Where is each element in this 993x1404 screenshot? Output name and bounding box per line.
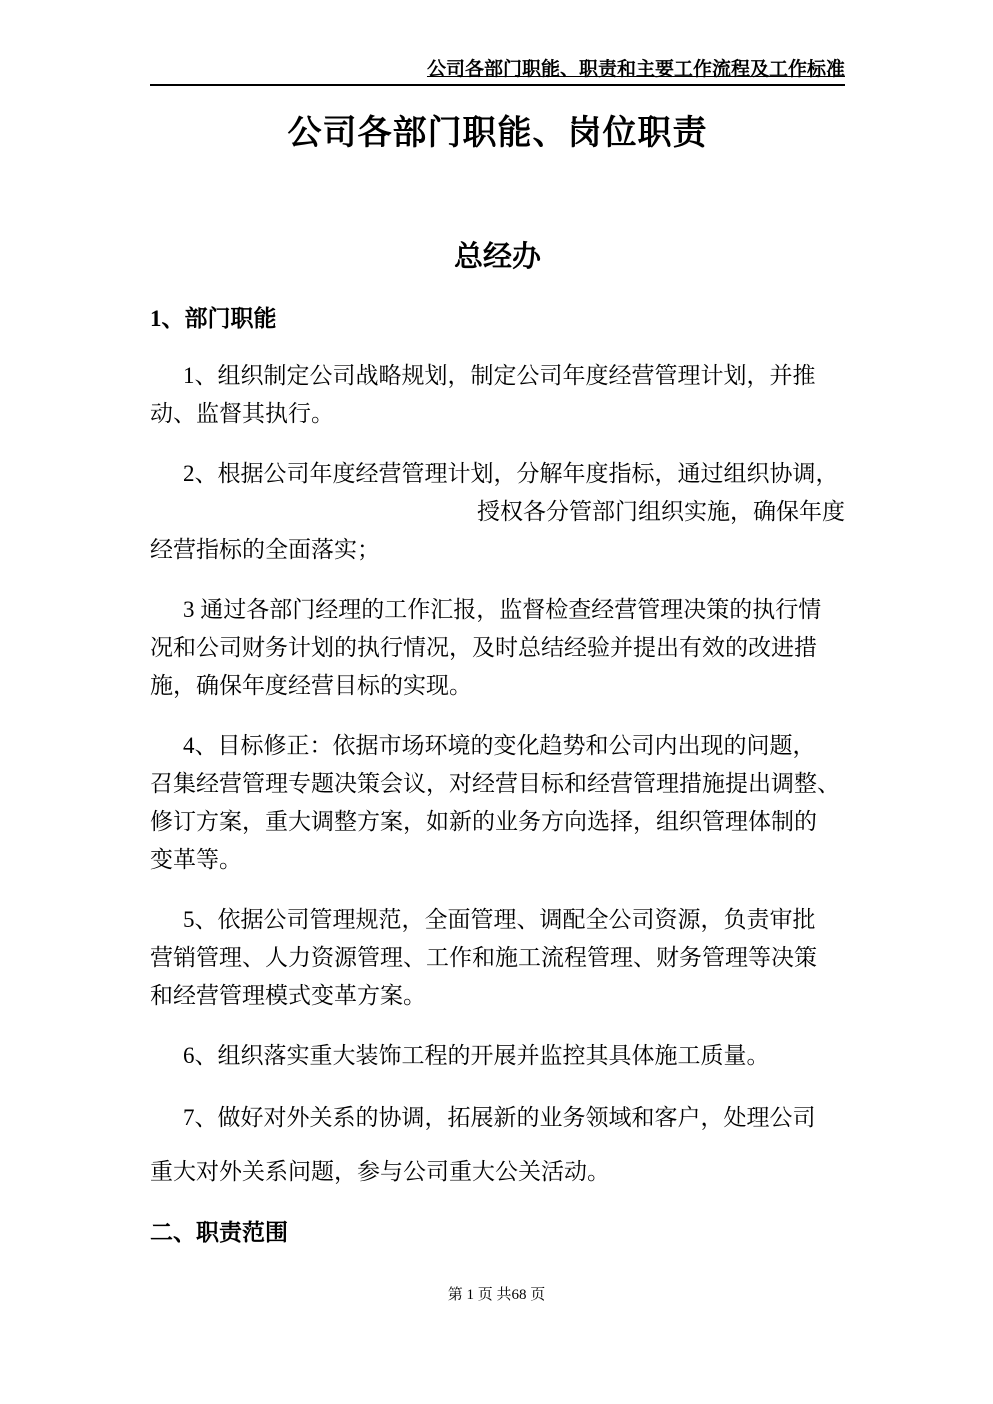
document-page: 公司各部门职能、职责和主要工作流程及工作标准 公司各部门职能、岗位职责 总经办 … bbox=[0, 0, 993, 1404]
paragraph-line: 施，确保年度经营目标的实现。 bbox=[150, 667, 845, 705]
paragraph-4: 4、目标修正：依据市场环境的变化趋势和公司内出现的问题， 召集经营管理专题决策会… bbox=[150, 727, 845, 879]
paragraph-line: 2、根据公司年度经营管理计划，分解年度指标，通过组织协调， bbox=[150, 455, 845, 493]
paragraph-line: 4、目标修正：依据市场环境的变化趋势和公司内出现的问题， bbox=[150, 727, 845, 765]
paragraph-line: 和经营管理模式变革方案。 bbox=[150, 977, 845, 1015]
paragraph-line: 动、监督其执行。 bbox=[150, 395, 845, 433]
paragraph-6: 6、组织落实重大装饰工程的开展并监控其具体施工质量。 bbox=[150, 1037, 845, 1075]
paragraph-line: 况和公司财务计划的执行情况，及时总结经验并提出有效的改进措 bbox=[150, 629, 845, 667]
page-content: 公司各部门职能、职责和主要工作流程及工作标准 公司各部门职能、岗位职责 总经办 … bbox=[0, 0, 993, 1247]
header-text: 公司各部门职能、职责和主要工作流程及工作标准 bbox=[427, 59, 845, 80]
page-number-footer: 第 1 页 共68 页 bbox=[0, 1286, 993, 1304]
paragraph-line: 7、做好对外关系的协调，拓展新的业务领域和客户，处理公司 bbox=[150, 1091, 845, 1145]
paragraph-line: 修订方案，重大调整方案，如新的业务方向选择，组织管理体制的 bbox=[150, 803, 845, 841]
paragraph-5: 5、依据公司管理规范，全面管理、调配全公司资源，负责审批 营销管理、人力资源管理… bbox=[150, 901, 845, 1015]
heading-department-functions: 1、部门职能 bbox=[150, 305, 845, 333]
page-header: 公司各部门职能、职责和主要工作流程及工作标准 bbox=[150, 0, 845, 86]
section-title-zongjingban: 总经办 bbox=[150, 242, 845, 273]
paragraph-line: 5、依据公司管理规范，全面管理、调配全公司资源，负责审批 bbox=[150, 901, 845, 939]
heading-responsibility-scope: 二、职责范围 bbox=[150, 1219, 845, 1247]
paragraph-2: 2、根据公司年度经营管理计划，分解年度指标，通过组织协调， 授权各分管部门组织实… bbox=[150, 455, 845, 569]
paragraph-line: 重大对外关系问题，参与公司重大公关活动。 bbox=[150, 1145, 845, 1199]
paragraph-line: 召集经营管理专题决策会议，对经营目标和经营管理措施提出调整、 bbox=[150, 765, 845, 803]
paragraph-line: 经营指标的全面落实； bbox=[150, 531, 845, 569]
document-title: 公司各部门职能、岗位职责 bbox=[150, 116, 845, 152]
paragraph-1: 1、组织制定公司战略规划，制定公司年度经营管理计划，并推 动、监督其执行。 bbox=[150, 357, 845, 433]
paragraph-line: 授权各分管部门组织实施，确保年度 bbox=[150, 493, 845, 531]
paragraph-line: 变革等。 bbox=[150, 841, 845, 879]
paragraph-3: 3 通过各部门经理的工作汇报，监督检查经营管理决策的执行情 况和公司财务计划的执… bbox=[150, 591, 845, 705]
paragraph-line: 3 通过各部门经理的工作汇报，监督检查经营管理决策的执行情 bbox=[150, 591, 845, 629]
paragraph-7: 7、做好对外关系的协调，拓展新的业务领域和客户，处理公司 重大对外关系问题，参与… bbox=[150, 1091, 845, 1199]
paragraph-line: 6、组织落实重大装饰工程的开展并监控其具体施工质量。 bbox=[150, 1037, 845, 1075]
paragraph-line: 1、组织制定公司战略规划，制定公司年度经营管理计划，并推 bbox=[150, 357, 845, 395]
paragraph-line: 营销管理、人力资源管理、工作和施工流程管理、财务管理等决策 bbox=[150, 939, 845, 977]
